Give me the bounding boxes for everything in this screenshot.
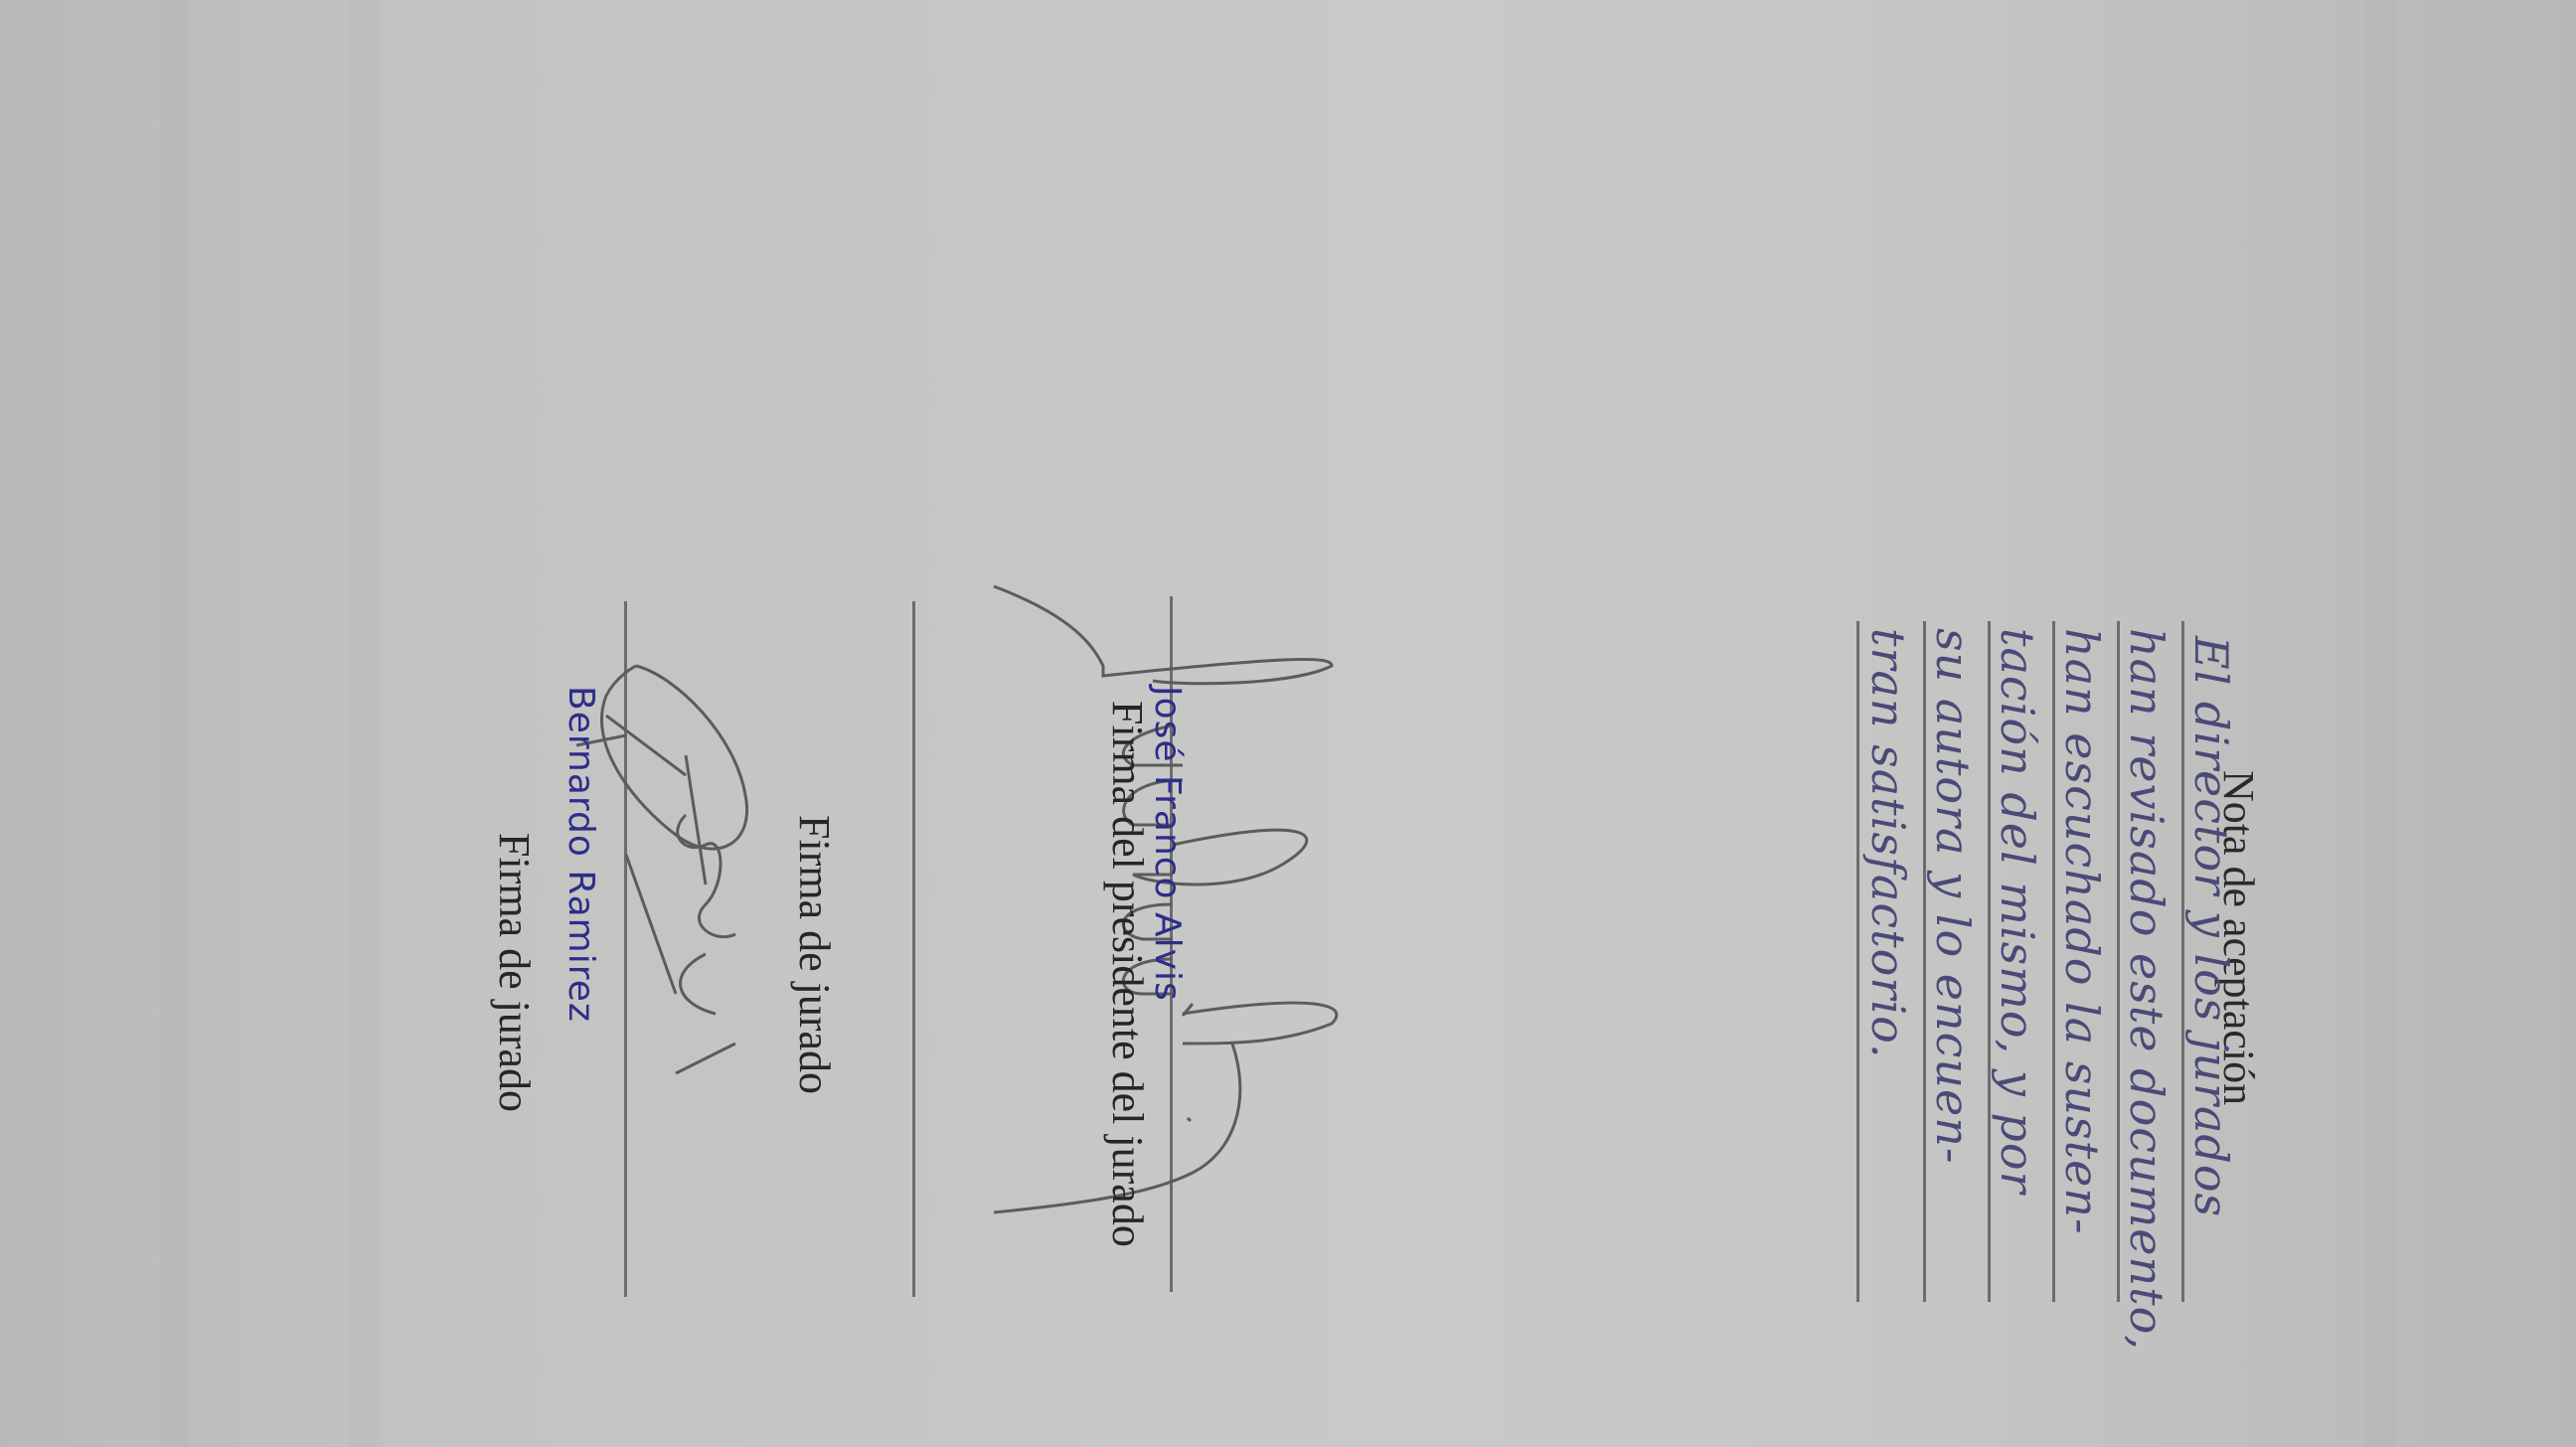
signature-scribble <box>1034 576 1391 1292</box>
paper-shadow <box>2365 0 2395 1447</box>
paper-shadow <box>348 0 378 1447</box>
note-handwritten-line: tación del mismo, y por <box>1991 628 2044 1195</box>
signature-label: Firma de jurado <box>789 815 840 1094</box>
note-rule-line <box>1856 621 1859 1302</box>
signer-printed-name: José Franco Alvis <box>1147 686 1188 1002</box>
paper-shadow <box>159 0 189 1447</box>
signer-printed-name: Bernardo Ramirez <box>561 686 601 1023</box>
signature-label: Firma de jurado <box>489 833 540 1112</box>
note-handwritten-line: su autora y lo encuen- <box>1926 628 1980 1164</box>
signature-line <box>912 601 915 1297</box>
note-handwritten-line: han escuchado la susten- <box>2055 628 2109 1235</box>
note-handwritten-line: han revisado este documento, <box>2120 628 2173 1351</box>
signature-label: Firma del presidente del jurado <box>1102 701 1153 1247</box>
note-handwritten-line: tran satisfactorio. <box>1861 628 1915 1059</box>
note-handwritten-line: El director y los jurados <box>2184 636 2238 1217</box>
